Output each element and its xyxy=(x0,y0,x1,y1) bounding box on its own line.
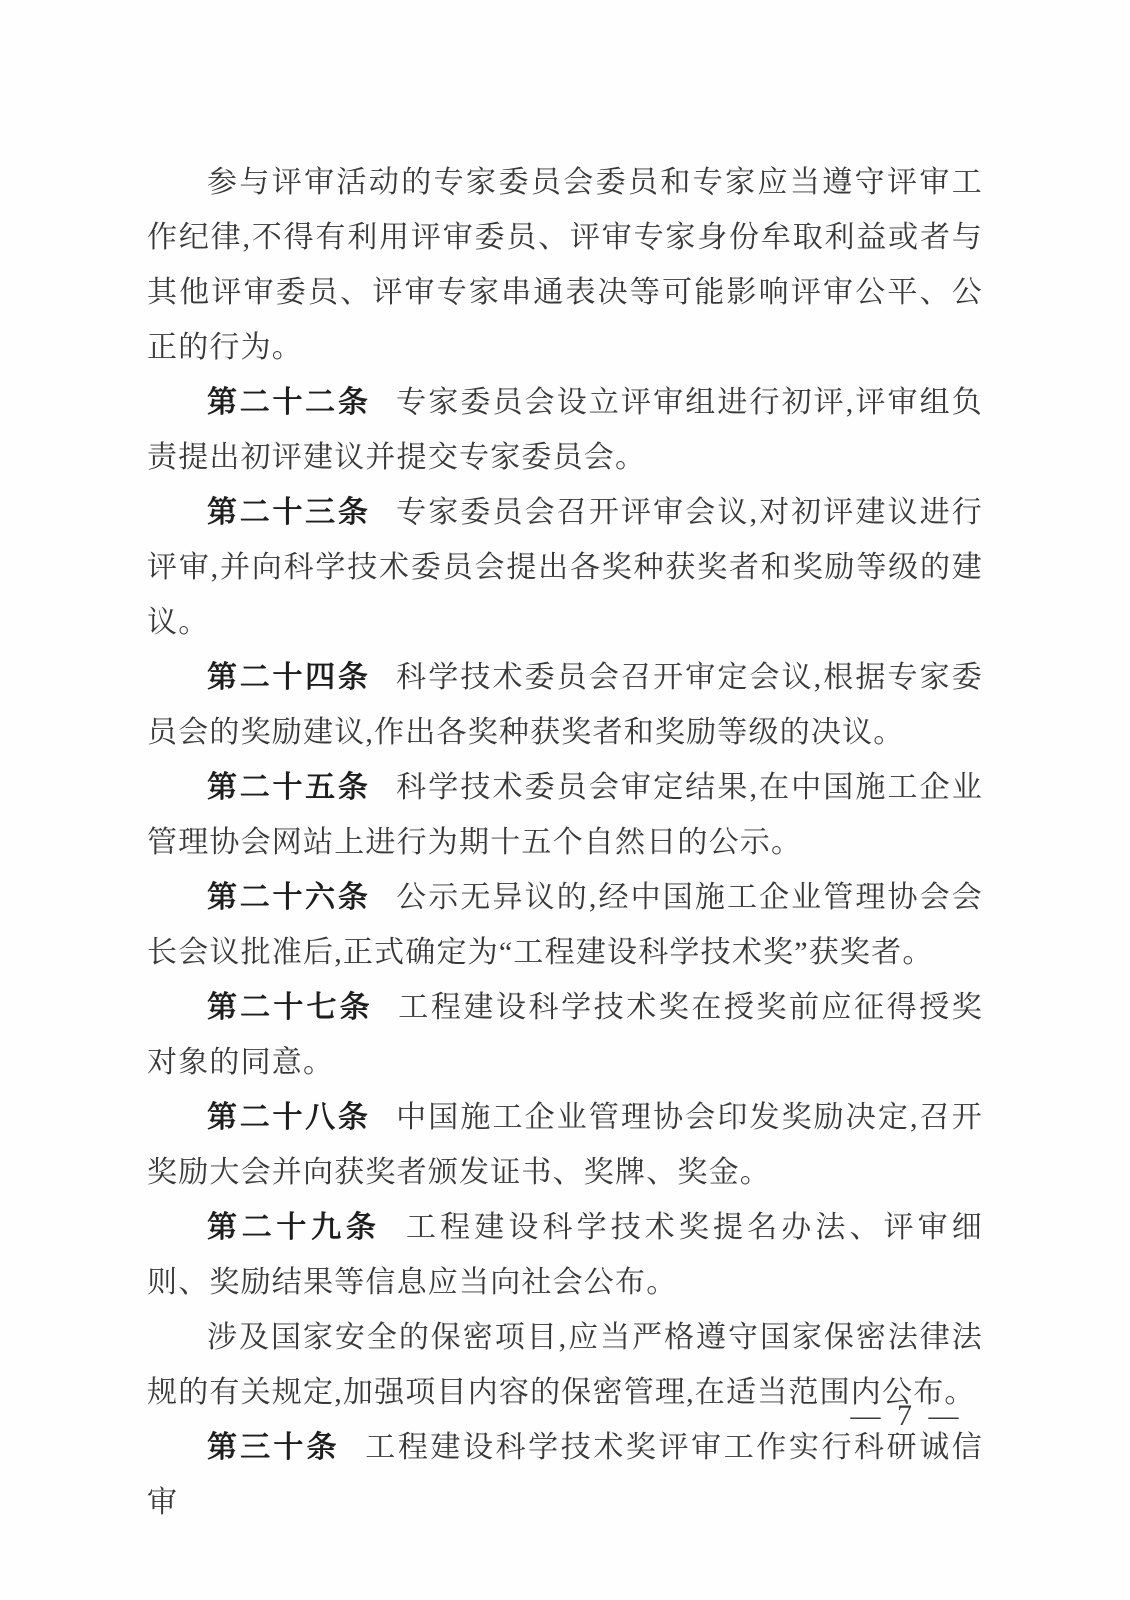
article-number: 第二十六条 xyxy=(207,881,396,914)
article-number: 第二十二条 xyxy=(207,386,396,419)
article-number: 第二十九条 xyxy=(207,1211,406,1244)
paragraph: 第二十五条科学技术委员会审定结果,在中国施工企业管理协会网站上进行为期十五个自然… xyxy=(147,760,983,870)
paragraph: 第二十四条科学技术委员会召开审定会议,根据专家委员会的奖励建议,作出各奖种获奖者… xyxy=(147,650,983,760)
paragraph: 第二十七条工程建设科学技术奖在授奖前应征得授奖对象的同意。 xyxy=(147,980,983,1090)
document-page: 参与评审活动的专家委员会委员和专家应当遵守评审工作纪律,不得有利用评审委员、评审… xyxy=(0,0,1130,1600)
paragraph: 第二十三条专家委员会召开评审会议,对初评建议进行评审,并向科学技术委员会提出各奖… xyxy=(147,485,983,650)
article-number: 第二十四条 xyxy=(207,661,396,694)
paragraph: 第二十八条中国施工企业管理协会印发奖励决定,召开奖励大会并向获奖者颁发证书、奖牌… xyxy=(147,1090,983,1200)
page-number: — 7 — xyxy=(851,1396,964,1436)
paragraph: 第二十六条公示无异议的,经中国施工企业管理协会会长会议批准后,正式确定为“工程建… xyxy=(147,870,983,980)
article-number: 第二十三条 xyxy=(207,496,396,529)
article-number: 第二十七条 xyxy=(207,991,398,1024)
paragraph: 第三十条工程建设科学技术奖评审工作实行科研诚信审 xyxy=(147,1420,983,1530)
paragraph-text: 参与评审活动的专家委员会委员和专家应当遵守评审工作纪律,不得有利用评审委员、评审… xyxy=(147,166,983,364)
article-number: 第二十八条 xyxy=(207,1101,396,1134)
article-number: 第三十条 xyxy=(207,1431,365,1464)
paragraph: 第二十九条工程建设科学技术奖提名办法、评审细则、奖励结果等信息应当向社会公布。 xyxy=(147,1200,983,1310)
paragraph: 第二十二条专家委员会设立评审组进行初评,评审组负责提出初评建议并提交专家委员会。 xyxy=(147,375,983,485)
paragraph: 参与评审活动的专家委员会委员和专家应当遵守评审工作纪律,不得有利用评审委员、评审… xyxy=(147,155,983,375)
article-number: 第二十五条 xyxy=(207,771,396,804)
document-body: 参与评审活动的专家委员会委员和专家应当遵守评审工作纪律,不得有利用评审委员、评审… xyxy=(147,155,983,1530)
